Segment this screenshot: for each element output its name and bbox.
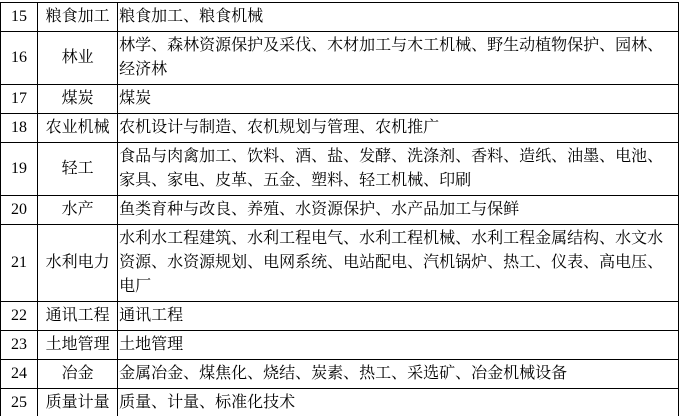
category-cell: 土地管理 <box>38 331 118 360</box>
category-cell: 冶金 <box>38 360 118 389</box>
category-cell: 农业机械 <box>38 114 118 143</box>
category-cell: 水产 <box>38 196 118 225</box>
table-row: 21 水利电力 水利水工程建筑、水利工程电气、水利工程机械、水利工程金属结构、水… <box>1 225 679 302</box>
category-cell: 通讯工程 <box>38 302 118 331</box>
row-number-cell: 24 <box>1 360 38 389</box>
category-cell: 煤炭 <box>38 85 118 114</box>
description-cell: 通讯工程 <box>118 302 679 331</box>
row-number-cell: 20 <box>1 196 38 225</box>
table-row: 19 轻工 食品与肉禽加工、饮料、酒、盐、发酵、洗涤剂、香料、造纸、油墨、电池、… <box>1 143 679 196</box>
table-row: 16 林业 林学、森林资源保护及采伐、木材加工与木工机械、野生动植物保护、园林、… <box>1 32 679 85</box>
table-row: 17 煤炭 煤炭 <box>1 85 679 114</box>
row-number-cell: 17 <box>1 85 38 114</box>
description-cell: 林学、森林资源保护及采伐、木材加工与木工机械、野生动植物保护、园林、经济林 <box>118 32 679 85</box>
table-row: 24 冶金 金属冶金、煤焦化、烧结、炭素、热工、采选矿、冶金机械设备 <box>1 360 679 389</box>
row-number-cell: 16 <box>1 32 38 85</box>
description-cell: 鱼类育种与改良、养殖、水资源保护、水产品加工与保鲜 <box>118 196 679 225</box>
row-number-cell: 18 <box>1 114 38 143</box>
category-cell: 轻工 <box>38 143 118 196</box>
category-cell: 粮食加工 <box>38 3 118 32</box>
description-cell: 金属冶金、煤焦化、烧结、炭素、热工、采选矿、冶金机械设备 <box>118 360 679 389</box>
table-row: 20 水产 鱼类育种与改良、养殖、水资源保护、水产品加工与保鲜 <box>1 196 679 225</box>
category-cell: 水利电力 <box>38 225 118 302</box>
document-page: 15 粮食加工 粮食加工、粮食机械 16 林业 林学、森林资源保护及采伐、木材加… <box>0 0 680 416</box>
row-number-cell: 15 <box>1 3 38 32</box>
row-number-cell: 25 <box>1 389 38 416</box>
table-row: 25 质量计量 质量、计量、标准化技术 <box>1 389 679 416</box>
description-cell: 煤炭 <box>118 85 679 114</box>
table-row: 22 通讯工程 通讯工程 <box>1 302 679 331</box>
row-number-cell: 21 <box>1 225 38 302</box>
table-row: 15 粮食加工 粮食加工、粮食机械 <box>1 3 679 32</box>
category-cell: 林业 <box>38 32 118 85</box>
row-number-cell: 22 <box>1 302 38 331</box>
description-cell: 农机设计与制造、农机规划与管理、农机推广 <box>118 114 679 143</box>
description-cell: 土地管理 <box>118 331 679 360</box>
description-cell: 食品与肉禽加工、饮料、酒、盐、发酵、洗涤剂、香料、造纸、油墨、电池、家具、家电、… <box>118 143 679 196</box>
row-number-cell: 23 <box>1 331 38 360</box>
description-cell: 粮食加工、粮食机械 <box>118 3 679 32</box>
category-table: 15 粮食加工 粮食加工、粮食机械 16 林业 林学、森林资源保护及采伐、木材加… <box>0 2 679 416</box>
description-cell: 质量、计量、标准化技术 <box>118 389 679 416</box>
row-number-cell: 19 <box>1 143 38 196</box>
table-row: 18 农业机械 农机设计与制造、农机规划与管理、农机推广 <box>1 114 679 143</box>
category-cell: 质量计量 <box>38 389 118 416</box>
table-row: 23 土地管理 土地管理 <box>1 331 679 360</box>
description-cell: 水利水工程建筑、水利工程电气、水利工程机械、水利工程金属结构、水文水资源、水资源… <box>118 225 679 302</box>
